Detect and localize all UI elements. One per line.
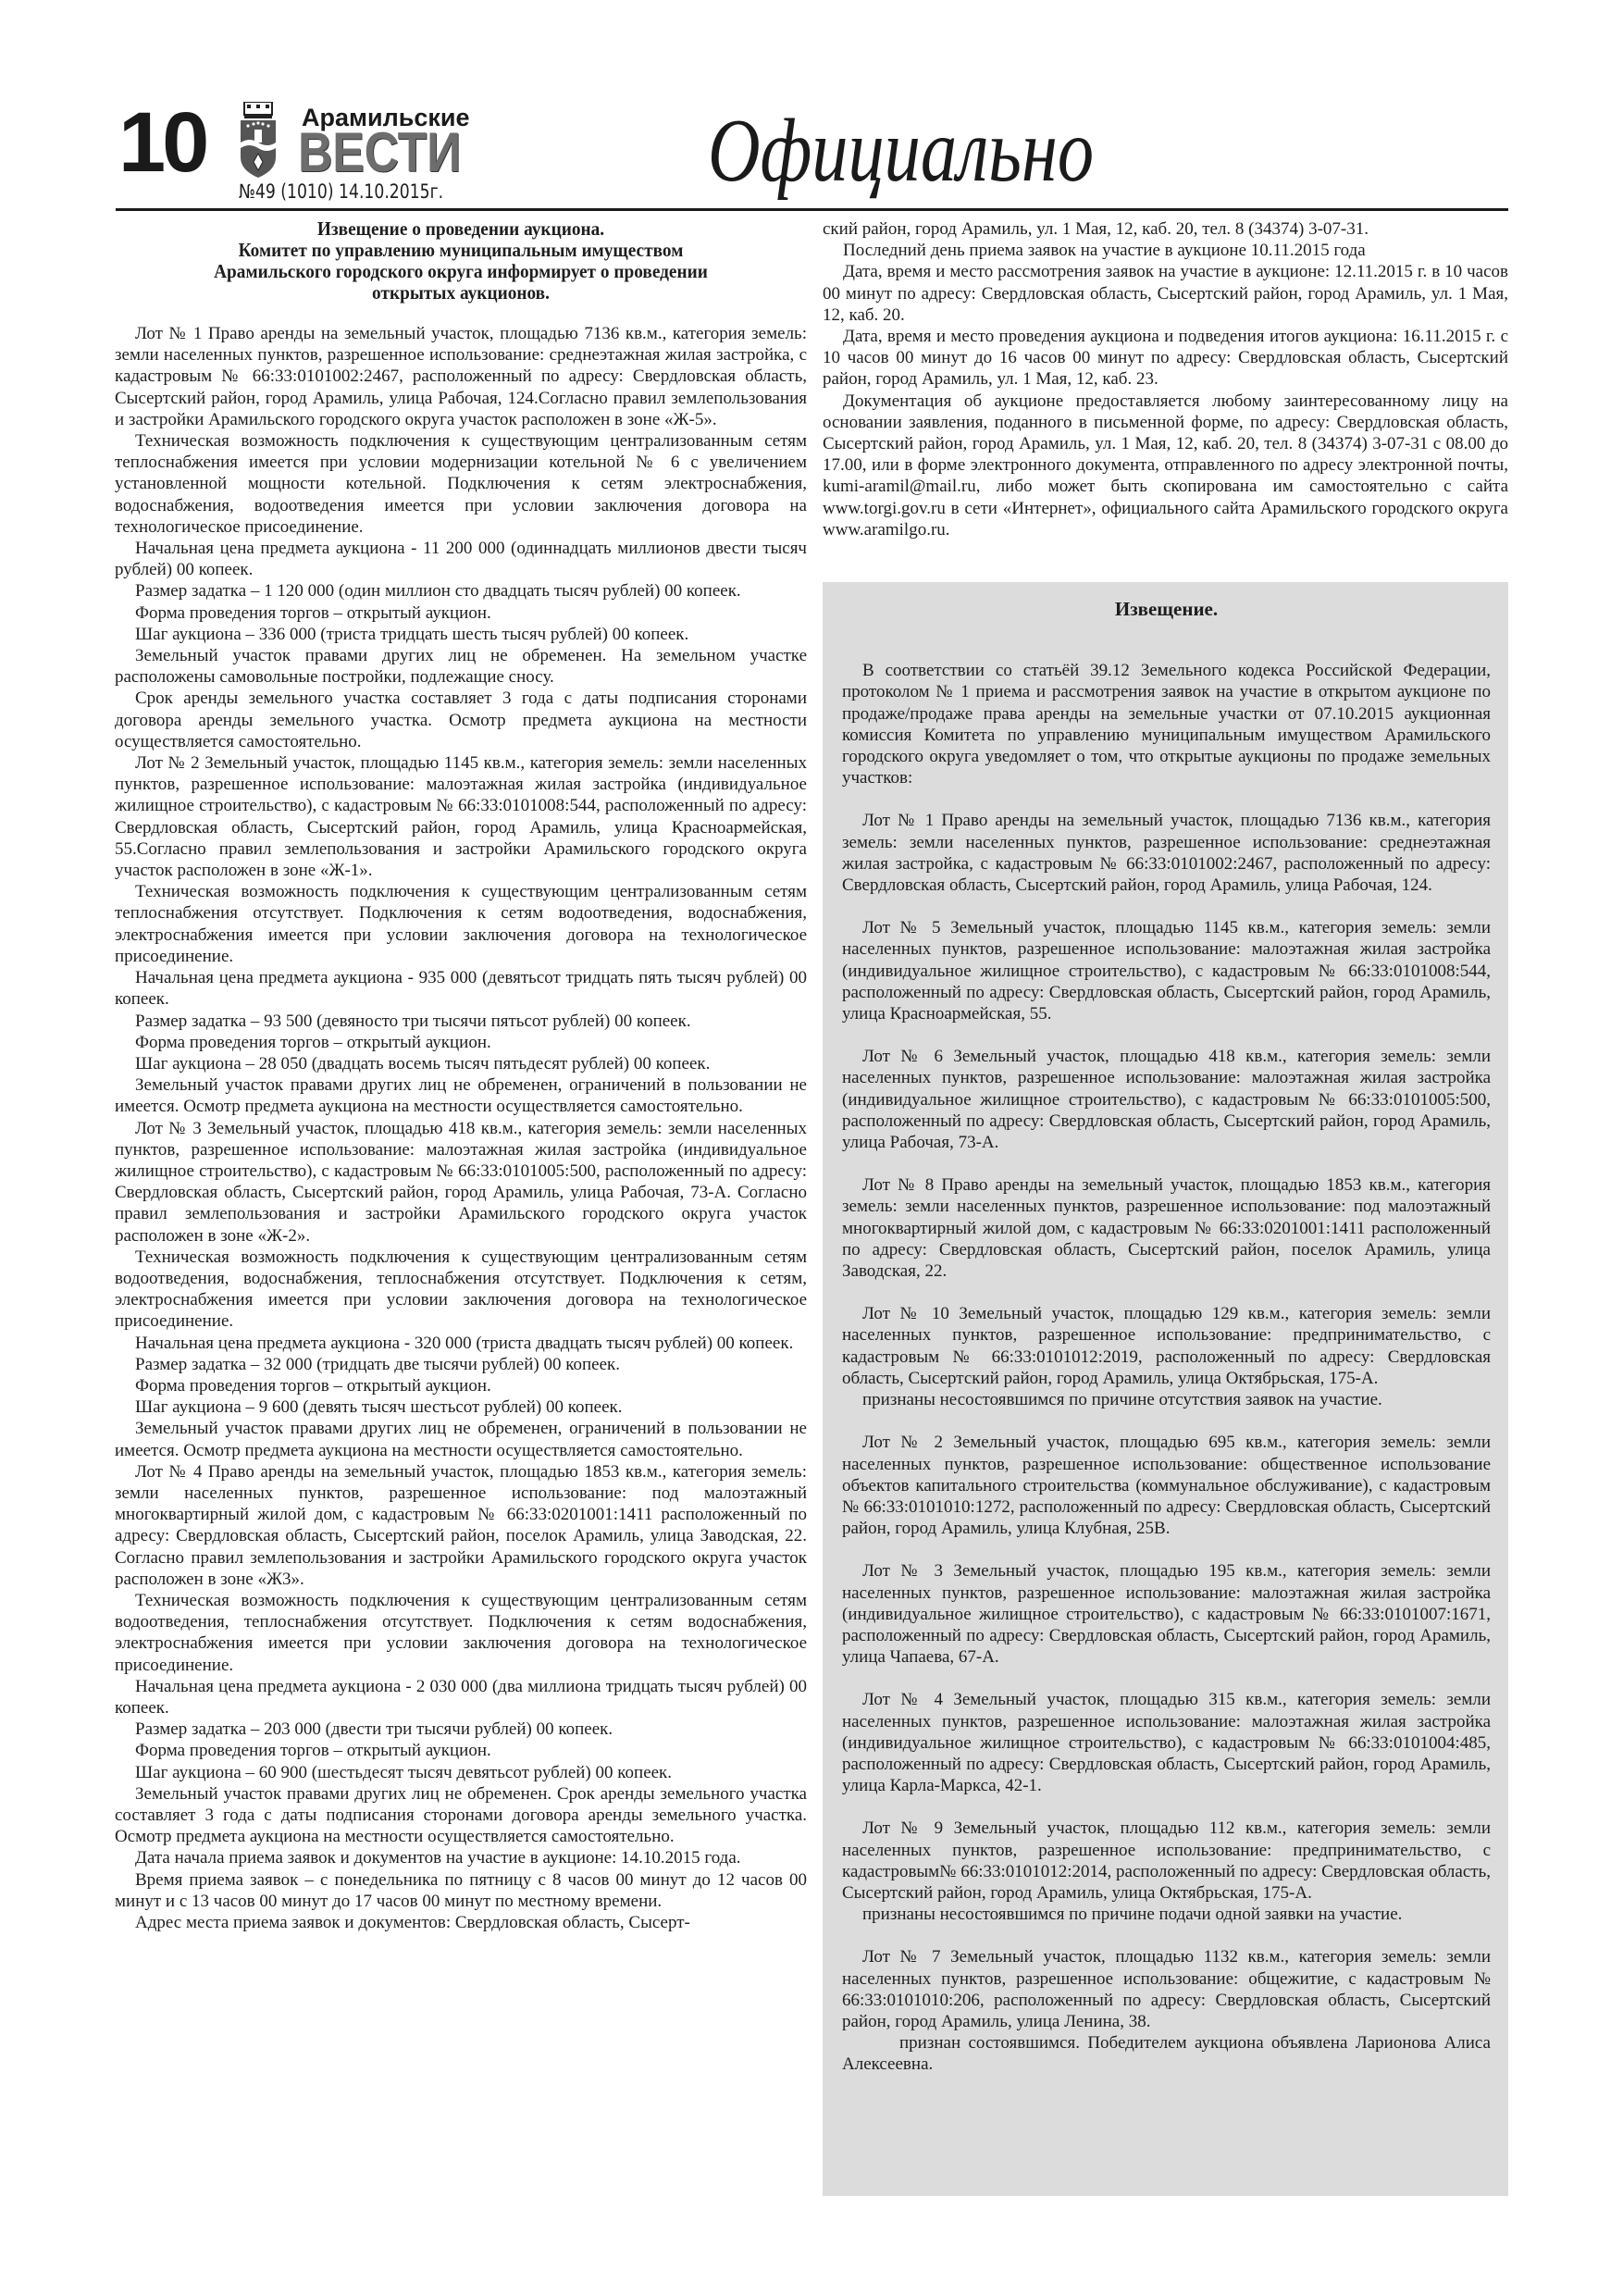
city-coat-of-arms-icon [239, 102, 278, 180]
paragraph: Адрес места приема заявок и документов: … [115, 1912, 807, 1933]
lot-item: Лот № 8 Право аренды на земельный участо… [842, 1174, 1491, 1282]
lot-item: Лот № 2 Земельный участок, площадью 695 … [842, 1432, 1491, 1539]
paragraph: Форма проведения торгов – открытый аукци… [115, 1375, 807, 1396]
headline-line: открытых аукционов. [142, 282, 779, 304]
paragraph: Последний день приема заявок на участие … [823, 240, 1508, 261]
paragraph: Земельный участок правами других лиц не … [115, 645, 807, 688]
lot-item: Лот № 7 Земельный участок, площадью 1132… [842, 1946, 1491, 2032]
lot-item: Лот № 9 Земельный участок, площадью 112 … [842, 1818, 1491, 1904]
right-column-continuation: ский район, город Арамиль, ул. 1 Мая, 12… [823, 218, 1508, 540]
paragraph: Начальная цена предмета аукциона - 320 0… [115, 1333, 807, 1354]
lot-item: Лот № 10 Земельный участок, площадью 129… [842, 1303, 1491, 1389]
paragraph: Дата, время и место проведения аукциона … [823, 326, 1508, 391]
issue-number-date: №49 (1010) 14.10.2015г. [239, 180, 443, 203]
paragraph: Земельный участок правами других лиц не … [115, 1418, 807, 1460]
paragraph: Дата, время и место рассмотрения заявок … [823, 261, 1508, 326]
paragraph: Земельный участок правами других лиц не … [115, 1783, 807, 1848]
page-number: 10 [118, 100, 205, 185]
paragraph: Начальная цена предмета аукциона - 935 0… [115, 967, 807, 1010]
paragraph: ский район, город Арамиль, ул. 1 Мая, 12… [823, 218, 1508, 240]
paragraph: Размер задатка – 203 000 (двести три тыс… [115, 1719, 807, 1740]
paragraph: Время приема заявок – с понедельника по … [115, 1869, 807, 1912]
notice-title: Извещение. [842, 599, 1491, 620]
headline-line: Извещение о проведении аукциона. [142, 218, 779, 240]
paragraph: Техническая возможность подключения к су… [115, 881, 807, 967]
lot-result: признан состоявшимся. Победителем аукцио… [842, 2032, 1491, 2075]
paragraph: Размер задатка – 1 120 000 (один миллион… [115, 580, 807, 602]
lot-item: Лот № 3 Земельный участок, площадью 195 … [842, 1560, 1491, 1668]
paragraph: Форма проведения торгов – открытый аукци… [115, 1032, 807, 1053]
header-divider [116, 208, 1508, 211]
paragraph: Шаг аукциона – 336 000 (триста тридцать … [115, 624, 807, 645]
paragraph: Срок аренды земельного участка составляе… [115, 688, 807, 752]
article-headline: Извещение о проведении аукциона. Комитет… [142, 218, 779, 304]
notice-intro: В соответствии со статьёй 39.12 Земельно… [842, 660, 1491, 788]
paragraph: Шаг аукциона – 60 900 (шестьдесят тысяч … [115, 1762, 807, 1783]
paragraph: Форма проведения торгов – открытый аукци… [115, 602, 807, 624]
lot-item: Лот № 4 Земельный участок, площадью 315 … [842, 1689, 1491, 1796]
newspaper-name-main: ВЕСТИ [298, 125, 461, 180]
paragraph: Начальная цена предмета аукциона - 2 030… [115, 1676, 807, 1719]
section-title: Официально [708, 100, 1094, 202]
paragraph: Шаг аукциона – 28 050 (двадцать восемь т… [115, 1053, 807, 1074]
paragraph: Техническая возможность подключения к су… [115, 1247, 807, 1333]
lot-result: признаны несостоявшимся по причине отсут… [842, 1389, 1491, 1410]
left-column: Извещение о проведении аукциона. Комитет… [115, 218, 807, 1933]
headline-line: Арамильского городского округа информиру… [142, 261, 779, 282]
paragraph: Лот № 3 Земельный участок, площадью 418 … [115, 1118, 807, 1247]
paragraph: Техническая возможность подключения к су… [115, 1590, 807, 1676]
paragraph: Шаг аукциона – 9 600 (девять тысяч шесть… [115, 1396, 807, 1418]
paragraph: Документация об аукционе предоставляется… [823, 391, 1508, 540]
paragraph: Форма проведения торгов – открытый аукци… [115, 1740, 807, 1761]
paragraph: Лот № 2 Земельный участок, площадью 1145… [115, 752, 807, 881]
notice-content: Извещение. В соответствии со статьёй 39.… [842, 582, 1491, 2076]
lot-item: Лот № 6 Земельный участок, площадью 418 … [842, 1046, 1491, 1153]
lot-result: признаны несостоявшимся по причине подач… [842, 1904, 1491, 1925]
paragraph: Лот № 4 Право аренды на земельный участо… [115, 1461, 807, 1590]
notice-box: Извещение. В соответствии со статьёй 39.… [823, 582, 1508, 2196]
paragraph: Земельный участок правами других лиц не … [115, 1074, 807, 1117]
paragraph: Размер задатка – 32 000 (тридцать две ты… [115, 1354, 807, 1375]
paragraph: Лот № 1 Право аренды на земельный участо… [115, 323, 807, 430]
paragraph: Техническая возможность подключения к су… [115, 430, 807, 538]
paragraph: Размер задатка – 93 500 (девяносто три т… [115, 1011, 807, 1032]
paragraph: Начальная цена предмета аукциона - 11 20… [115, 538, 807, 580]
lot-item: Лот № 1 Право аренды на земельный участо… [842, 810, 1491, 896]
headline-line: Комитет по управлению муниципальным имущ… [142, 240, 779, 261]
lot-item: Лот № 5 Земельный участок, площадью 1145… [842, 917, 1491, 1024]
paragraph: Дата начала приема заявок и документов н… [115, 1847, 807, 1868]
